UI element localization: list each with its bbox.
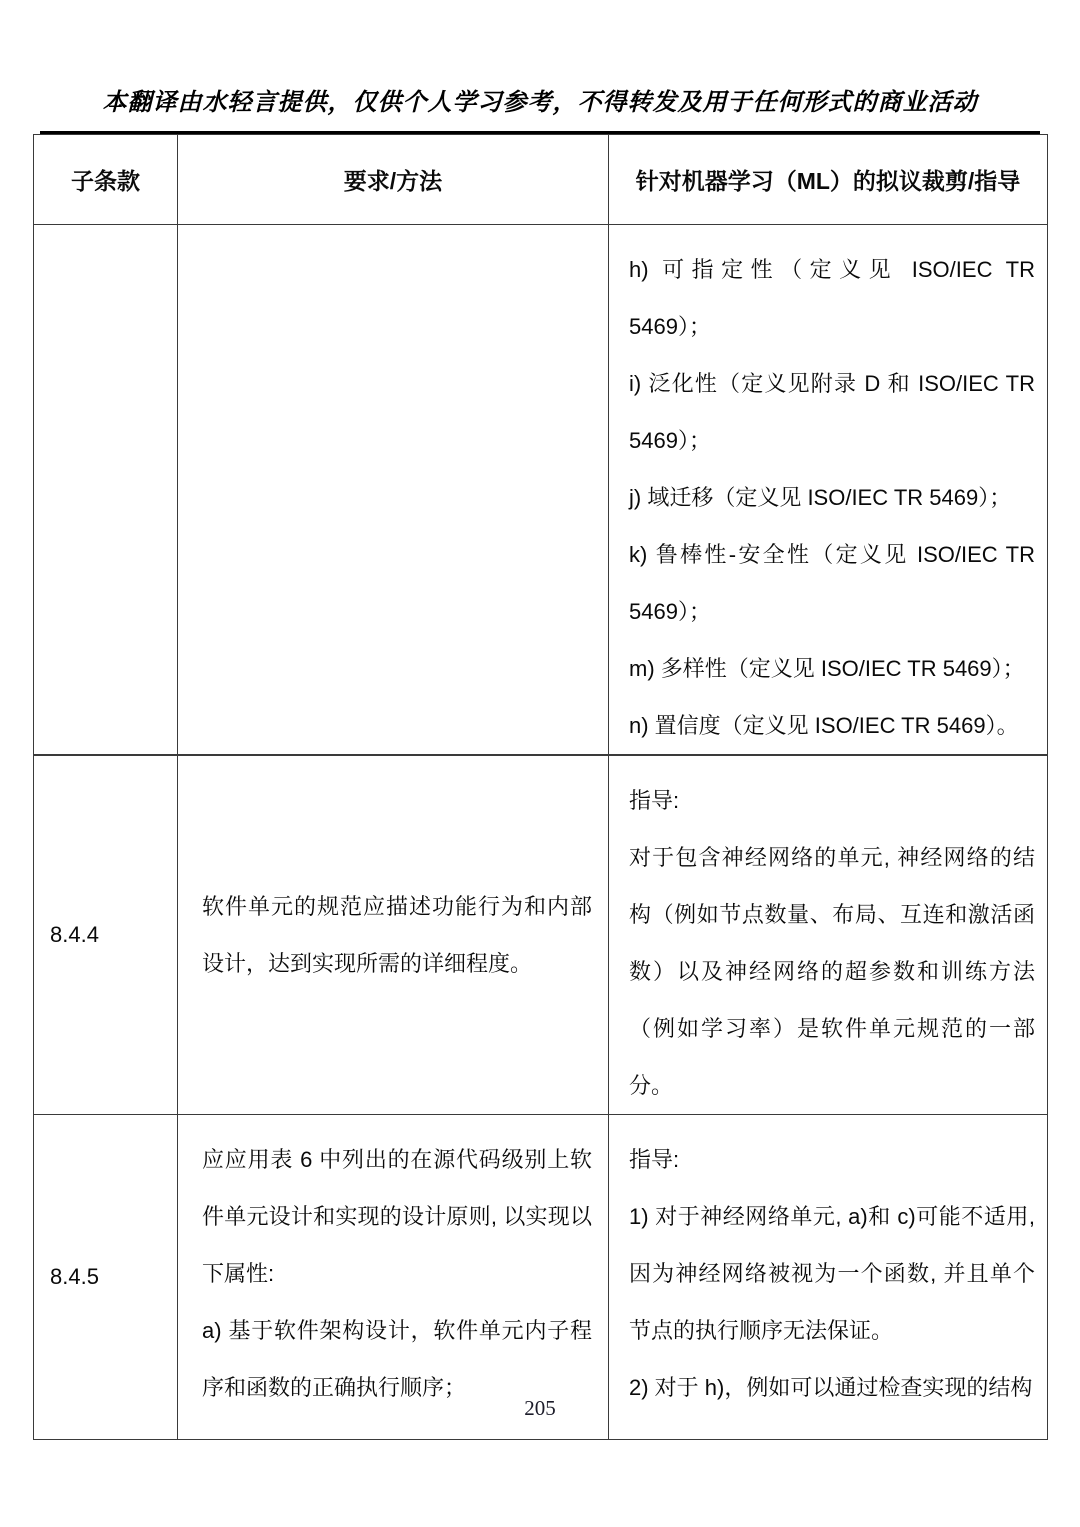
paragraph: 指导: bbox=[629, 772, 1035, 829]
translation-notice: 本翻译由水轻言提供，仅供个人学习参考，不得转发及用于任何形式的商业活动 bbox=[0, 82, 1080, 117]
paragraph: n) 置信度（定义见 ISO/IEC TR 5469）。 bbox=[629, 697, 1035, 754]
paragraph: 对于包含神经网络的单元, 神经网络的结构（例如节点数量、布局、互连和激活函数）以… bbox=[629, 829, 1035, 1114]
table-row: 8.4.5 应应用表 6 中列出的在源代码级别上软件单元设计和实现的设计原则, … bbox=[34, 1115, 1048, 1440]
requirement-cell bbox=[178, 225, 609, 756]
header-clause: 子条款 bbox=[34, 135, 178, 225]
paragraph: 应应用表 6 中列出的在源代码级别上软件单元设计和实现的设计原则, 以实现以下属… bbox=[202, 1131, 592, 1302]
table-row: 8.4.4 软件单元的规范应描述功能行为和内部设计，达到实现所需的详细程度。 指… bbox=[34, 755, 1048, 1115]
paragraph: i) 泛化性（定义见附录 D 和 ISO/IEC TR 5469）； bbox=[629, 355, 1035, 469]
paragraph: 指导: bbox=[629, 1131, 1035, 1188]
paragraph: h) 可指定性（定义见 ISO/IEC TR 5469）； bbox=[629, 241, 1035, 355]
requirement-cell: 应应用表 6 中列出的在源代码级别上软件单元设计和实现的设计原则, 以实现以下属… bbox=[178, 1115, 609, 1440]
header-guidance: 针对机器学习（ML）的拟议裁剪/指导 bbox=[609, 135, 1048, 225]
clause-cell: 8.4.4 bbox=[34, 755, 178, 1115]
paragraph: k) 鲁棒性-安全性（定义见 ISO/IEC TR 5469）； bbox=[629, 526, 1035, 640]
requirement-cell: 软件单元的规范应描述功能行为和内部设计，达到实现所需的详细程度。 bbox=[178, 755, 609, 1115]
guidance-cell: h) 可指定性（定义见 ISO/IEC TR 5469）；i) 泛化性（定义见附… bbox=[609, 225, 1048, 756]
header-requirement: 要求/方法 bbox=[178, 135, 609, 225]
paragraph: 软件单元的规范应描述功能行为和内部设计，达到实现所需的详细程度。 bbox=[202, 878, 592, 992]
document-page: 本翻译由水轻言提供，仅供个人学习参考，不得转发及用于任何形式的商业活动 子条款 … bbox=[0, 0, 1080, 1527]
paragraph: m) 多样性（定义见 ISO/IEC TR 5469）； bbox=[629, 640, 1035, 697]
guidance-cell: 指导:1) 对于神经网络单元, a)和 c)可能不适用, 因为神经网络被视为一个… bbox=[609, 1115, 1048, 1440]
page-number: 205 bbox=[0, 1396, 1080, 1421]
clause-cell: 8.4.5 bbox=[34, 1115, 178, 1440]
paragraph: j) 域迁移（定义见 ISO/IEC TR 5469）； bbox=[629, 469, 1035, 526]
clause-cell bbox=[34, 225, 178, 756]
table-header-row: 子条款 要求/方法 针对机器学习（ML）的拟议裁剪/指导 bbox=[34, 135, 1048, 225]
clause-guidance-table: 子条款 要求/方法 针对机器学习（ML）的拟议裁剪/指导 h) 可指定性（定义见… bbox=[33, 134, 1048, 1440]
table-row: h) 可指定性（定义见 ISO/IEC TR 5469）；i) 泛化性（定义见附… bbox=[34, 225, 1048, 756]
paragraph: 1) 对于神经网络单元, a)和 c)可能不适用, 因为神经网络被视为一个函数,… bbox=[629, 1188, 1035, 1359]
guidance-cell: 指导:对于包含神经网络的单元, 神经网络的结构（例如节点数量、布局、互连和激活函… bbox=[609, 755, 1048, 1115]
